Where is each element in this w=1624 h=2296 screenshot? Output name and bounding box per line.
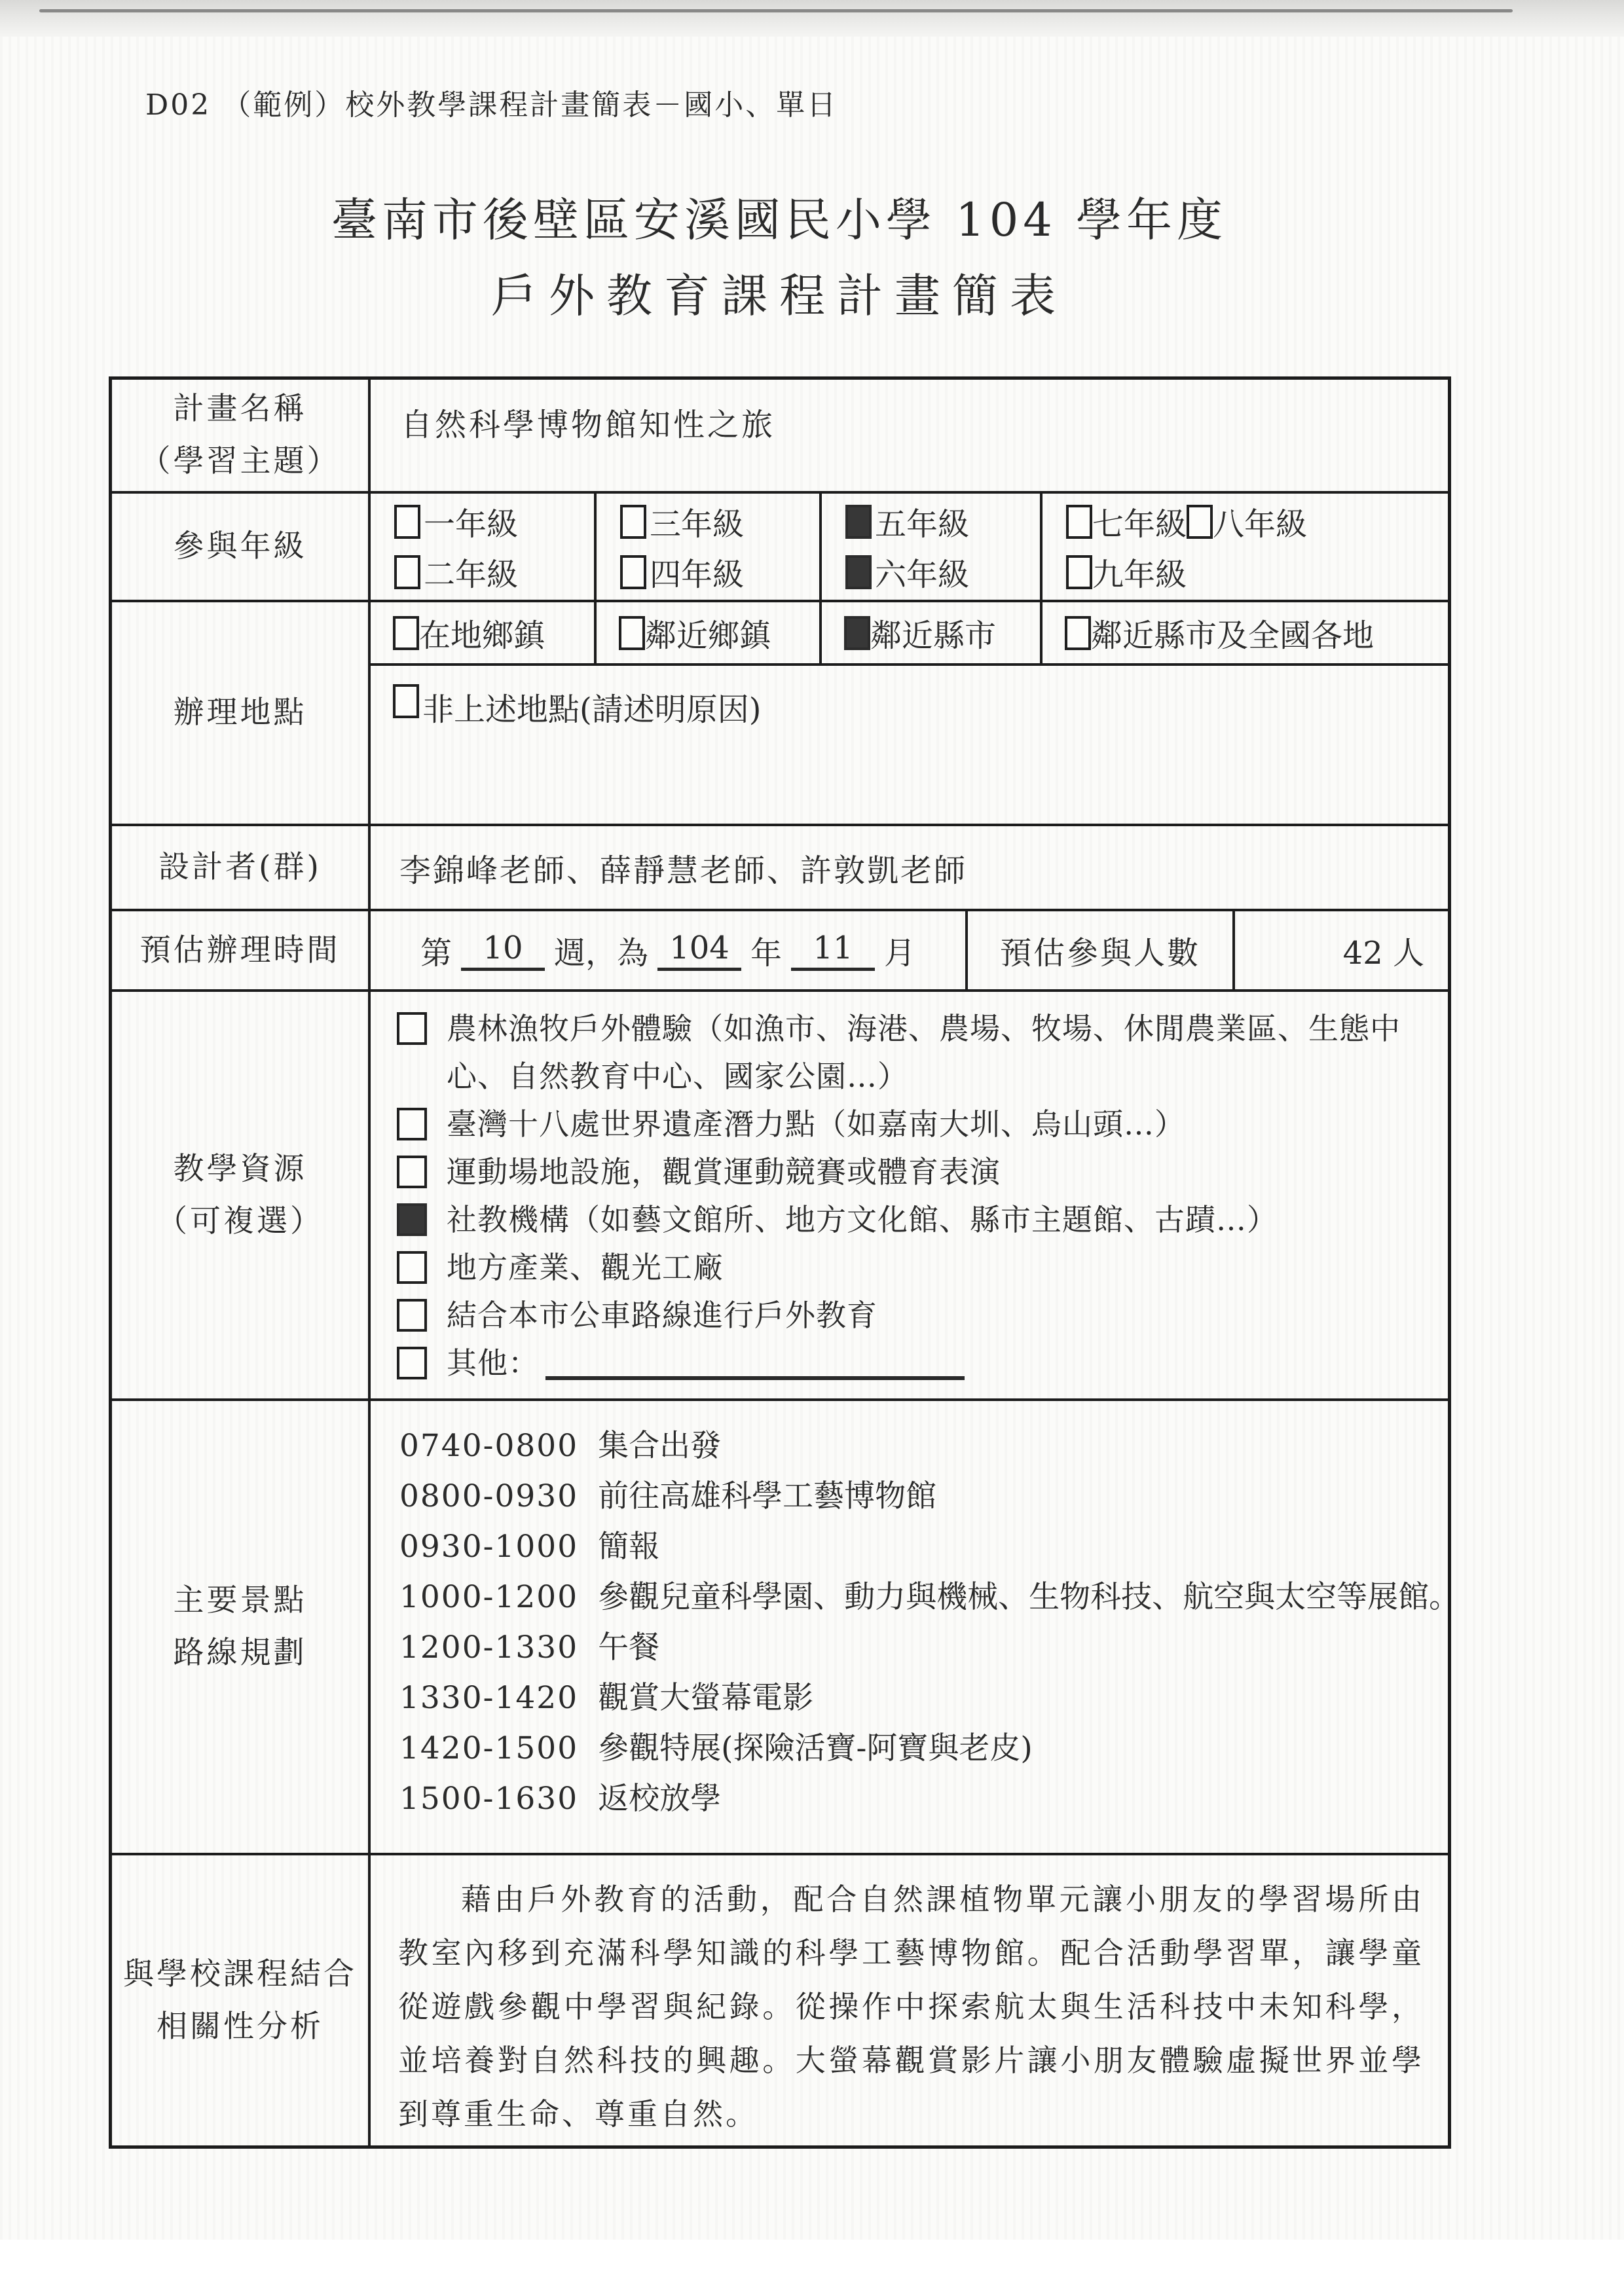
time-month-unit: 月 [884,928,915,973]
grade-option-label: 二年級 [424,549,518,594]
location-option: 鄰近縣市 [819,602,1040,663]
schedule-item: 0740-0800集合出發 [399,1421,1437,1471]
grades-label: 參與年級 [112,494,368,600]
schedule-desc: 返校放學 [598,1781,721,1817]
schedule-desc: 簡報 [598,1529,659,1565]
checkbox[interactable] [394,505,420,539]
schedule-time: 1000-1200 [399,1579,578,1615]
checkbox[interactable] [397,1299,427,1332]
grade-option-pair: 七年級 八年級 [1066,499,1448,544]
checkbox[interactable] [397,1156,427,1188]
grade-option: 九年級 [1066,549,1448,594]
grade-option: 四年級 [620,549,819,594]
schedule-time: 0740-0800 [399,1428,578,1464]
schedule-item: 0800-0930前往高雄科學工藝博物館 [399,1471,1437,1522]
grade-option: 二年級 [394,549,594,594]
location-option-label: 鄰近縣市及全國各地 [1091,610,1374,655]
other-blank-line [545,1339,965,1380]
grades-col-4: 七年級 八年級 九年級 [1040,494,1448,600]
checkbox[interactable] [397,1203,427,1236]
scanned-form-page: D02 （範例）校外教學課程計畫簡表－國小、單日 臺南市後壁區安溪國民小學 10… [0,0,1624,2296]
analysis-label-line1: 與學校課程結合 [123,1948,357,2001]
schedule-item: 1200-1330午餐 [399,1622,1437,1673]
checkbox[interactable] [397,1251,427,1284]
location-option-label: 在地鄉鎮 [419,610,545,655]
checkbox[interactable] [845,555,872,589]
checkbox[interactable] [620,505,646,539]
schedule-time: 1330-1420 [399,1680,578,1716]
participants-label: 預估參與人數 [965,911,1232,989]
grade-option: 六年級 [845,549,1040,594]
checkbox[interactable] [397,1012,427,1045]
schedule-time: 1200-1330 [399,1630,578,1666]
resource-option-other: 其他： [397,1339,1430,1387]
time-participants-cells: 第 10 週，為 104 年 11 月 預估參與人數 42 人 [368,911,1448,989]
resource-option: 結合本市公車路線進行戶外教育 [397,1292,1430,1339]
resource-option: 地方產業、觀光工廠 [397,1244,1430,1292]
time-month-blank: 11 [791,930,875,971]
form-title-line2: 戶外教育課程計畫簡表 [108,259,1450,325]
time-label: 預估辦理時間 [112,911,368,989]
row-analysis: 與學校課程結合 相關性分析 藉由戶外教育的活動，配合自然課植物單元讓小朋友的學習… [112,1853,1448,2145]
row-designers: 設計者(群) 李錦峰老師、薛靜慧老師、許敦凱老師 [112,824,1448,909]
checkbox[interactable] [1066,555,1092,589]
itinerary-label: 主要景點 路線規劃 [112,1401,368,1853]
schedule-desc: 集合出發 [598,1428,721,1464]
plan-name-value: 自然科學博物館知性之旅 [368,380,1448,491]
resources-label-line2: （可複選） [157,1195,323,1248]
analysis-label-line2: 相關性分析 [157,2001,323,2053]
schedule-time: 0930-1000 [399,1529,578,1565]
grade-option-label: 八年級 [1213,499,1307,544]
location-option: 鄰近縣市及全國各地 [1040,602,1448,663]
row-itinerary: 主要景點 路線規劃 0740-0800集合出發 0800-0930前往高雄科學工… [112,1398,1448,1853]
schedule-desc: 午餐 [598,1630,659,1666]
checkbox[interactable] [1187,505,1213,539]
schedule-item: 1330-1420觀賞大螢幕電影 [399,1673,1437,1723]
grade-option-label: 七年級 [1092,499,1187,544]
designers-value: 李錦峰老師、薛靜慧老師、許敦凱老師 [368,826,1448,909]
resource-option-label: 農林漁牧戶外體驗（如漁市、海港、農場、牧場、休閒農業區、生態中心、自然教育中心、… [447,1005,1430,1101]
checkbox[interactable] [393,616,419,650]
location-option: 在地鄉鎮 [371,602,594,663]
grades-col-3: 五年級 六年級 [819,494,1040,600]
resource-option: 運動場地設施，觀賞運動競賽或體育表演 [397,1148,1430,1196]
resource-option: 社教機構（如藝文館所、地方文化館、縣市主題館、古蹟…） [397,1196,1430,1244]
resource-option: 農林漁牧戶外體驗（如漁市、海港、農場、牧場、休閒農業區、生態中心、自然教育中心、… [397,1005,1430,1101]
resource-option-label: 運動場地設施，觀賞運動競賽或體育表演 [447,1148,1430,1196]
schedule-time: 0800-0930 [399,1478,578,1514]
itinerary-schedule: 0740-0800集合出發 0800-0930前往高雄科學工藝博物館 0930-… [368,1401,1448,1853]
resource-option-label: 地方產業、觀光工廠 [447,1244,1430,1292]
schedule-item: 1500-1630返校放學 [399,1774,1437,1824]
grade-option-label: 一年級 [424,499,518,544]
time-value: 第 10 週，為 104 年 11 月 [371,911,965,989]
checkbox[interactable] [620,555,646,589]
time-mid: 週，為 [554,928,648,973]
paper-bottom-margin [0,2240,1624,2296]
time-year-blank: 104 [657,930,741,971]
location-option-other: 非上述地點(請述明原因) [371,666,1448,824]
scan-artifact-band [0,0,1624,37]
plan-form-table: 計畫名稱 （學習主題） 自然科學博物館知性之旅 參與年級 一年級 二年級 [109,376,1451,2149]
resources-options: 農林漁牧戶外體驗（如漁市、海港、農場、牧場、休閒農業區、生態中心、自然教育中心、… [368,992,1448,1398]
resources-label: 教學資源 （可複選） [112,992,368,1398]
schedule-item: 0930-1000簡報 [399,1522,1437,1572]
resource-option: 臺灣十八處世界遺產潛力點（如嘉南大圳、烏山頭…） [397,1101,1430,1148]
resource-option-label: 社教機構（如藝文館所、地方文化館、縣市主題館、古蹟…） [447,1196,1430,1244]
plan-name-label-line2: （學習主題） [140,435,341,488]
grades-options: 一年級 二年級 三年級 四年級 [368,494,1448,600]
location-option-label: 鄰近鄉鎮 [645,610,771,655]
row-plan-name: 計畫名稱 （學習主題） 自然科學博物館知性之旅 [112,380,1448,491]
grade-option-label: 四年級 [650,549,744,594]
row-time-participants: 預估辦理時間 第 10 週，為 104 年 11 月 預估參與人數 42 人 [112,909,1448,989]
grades-col-2: 三年級 四年級 [594,494,819,600]
schedule-time: 1500-1630 [399,1781,578,1817]
time-year-unit: 年 [750,928,782,973]
plan-name-label-line1: 計畫名稱 [174,383,307,435]
time-week-blank: 10 [461,930,545,971]
schedule-desc: 前往高雄科學工藝博物館 [598,1478,936,1514]
row-location: 辦理地點 在地鄉鎮 鄰近鄉鎮 鄰近縣市 [112,600,1448,824]
location-option: 鄰近鄉鎮 [594,602,819,663]
grade-option-label: 五年級 [875,499,969,544]
checkbox[interactable] [397,1108,427,1140]
checkbox[interactable] [394,555,420,589]
resources-label-line1: 教學資源 [174,1143,307,1195]
participants-value: 42 人 [1232,911,1448,989]
row-grades: 參與年級 一年級 二年級 三年級 [112,491,1448,600]
resource-option-label: 其他： [447,1339,539,1387]
form-title-line1: 臺南市後壁區安溪國民小學 104 學年度 [108,183,1450,249]
scan-artifact-line [39,9,1513,12]
location-other-label: 非上述地點(請述明原因) [422,684,761,729]
grade-option-label: 六年級 [875,549,969,594]
grades-col-1: 一年級 二年級 [371,494,594,600]
grade-option-label: 九年級 [1092,549,1187,594]
doc-code: D02 （範例）校外教學課程計畫簡表－國小、單日 [145,81,838,123]
designers-label: 設計者(群) [112,826,368,909]
checkbox[interactable] [397,1347,427,1379]
resource-option-label: 結合本市公車路線進行戶外教育 [447,1292,1430,1339]
location-option-label: 鄰近縣市 [870,610,996,655]
grade-option: 五年級 [845,499,1040,544]
analysis-label: 與學校課程結合 相關性分析 [112,1855,368,2145]
schedule-time: 1420-1500 [399,1730,578,1766]
checkbox[interactable] [619,616,645,650]
grade-option-label: 三年級 [650,499,744,544]
schedule-desc: 參觀特展(探險活寶-阿寶與老皮) [598,1730,1033,1766]
itinerary-label-line1: 主要景點 [174,1575,307,1627]
schedule-item: 1000-1200參觀兒童科學園、動力與機械、生物科技、航空與太空等展館。 [399,1572,1437,1622]
checkbox[interactable] [844,616,870,650]
time-prefix: 第 [420,928,452,973]
grade-option: 三年級 [620,499,819,544]
location-options: 在地鄉鎮 鄰近鄉鎮 鄰近縣市 鄰近縣市及全國各地 [368,602,1448,824]
grade-option: 一年級 [394,499,594,544]
plan-name-label: 計畫名稱 （學習主題） [112,380,368,491]
schedule-item: 1420-1500參觀特展(探險活寶-阿寶與老皮) [399,1723,1437,1774]
checkbox[interactable] [845,505,872,539]
location-label: 辦理地點 [112,602,368,824]
analysis-text: 藉由戶外教育的活動，配合自然課植物單元讓小朋友的學習場所由教室內移到充滿科學知識… [368,1855,1448,2145]
itinerary-label-line2: 路線規劃 [174,1627,307,1679]
resource-option-label: 臺灣十八處世界遺產潛力點（如嘉南大圳、烏山頭…） [447,1101,1430,1148]
location-options-main: 在地鄉鎮 鄰近鄉鎮 鄰近縣市 鄰近縣市及全國各地 [371,602,1448,666]
schedule-desc: 觀賞大螢幕電影 [598,1680,813,1716]
schedule-desc: 參觀兒童科學園、動力與機械、生物科技、航空與太空等展館。 [598,1579,1460,1615]
checkbox[interactable] [1065,616,1091,650]
row-resources: 教學資源 （可複選） 農林漁牧戶外體驗（如漁市、海港、農場、牧場、休閒農業區、生… [112,989,1448,1398]
checkbox[interactable] [393,684,419,718]
checkbox[interactable] [1066,505,1092,539]
